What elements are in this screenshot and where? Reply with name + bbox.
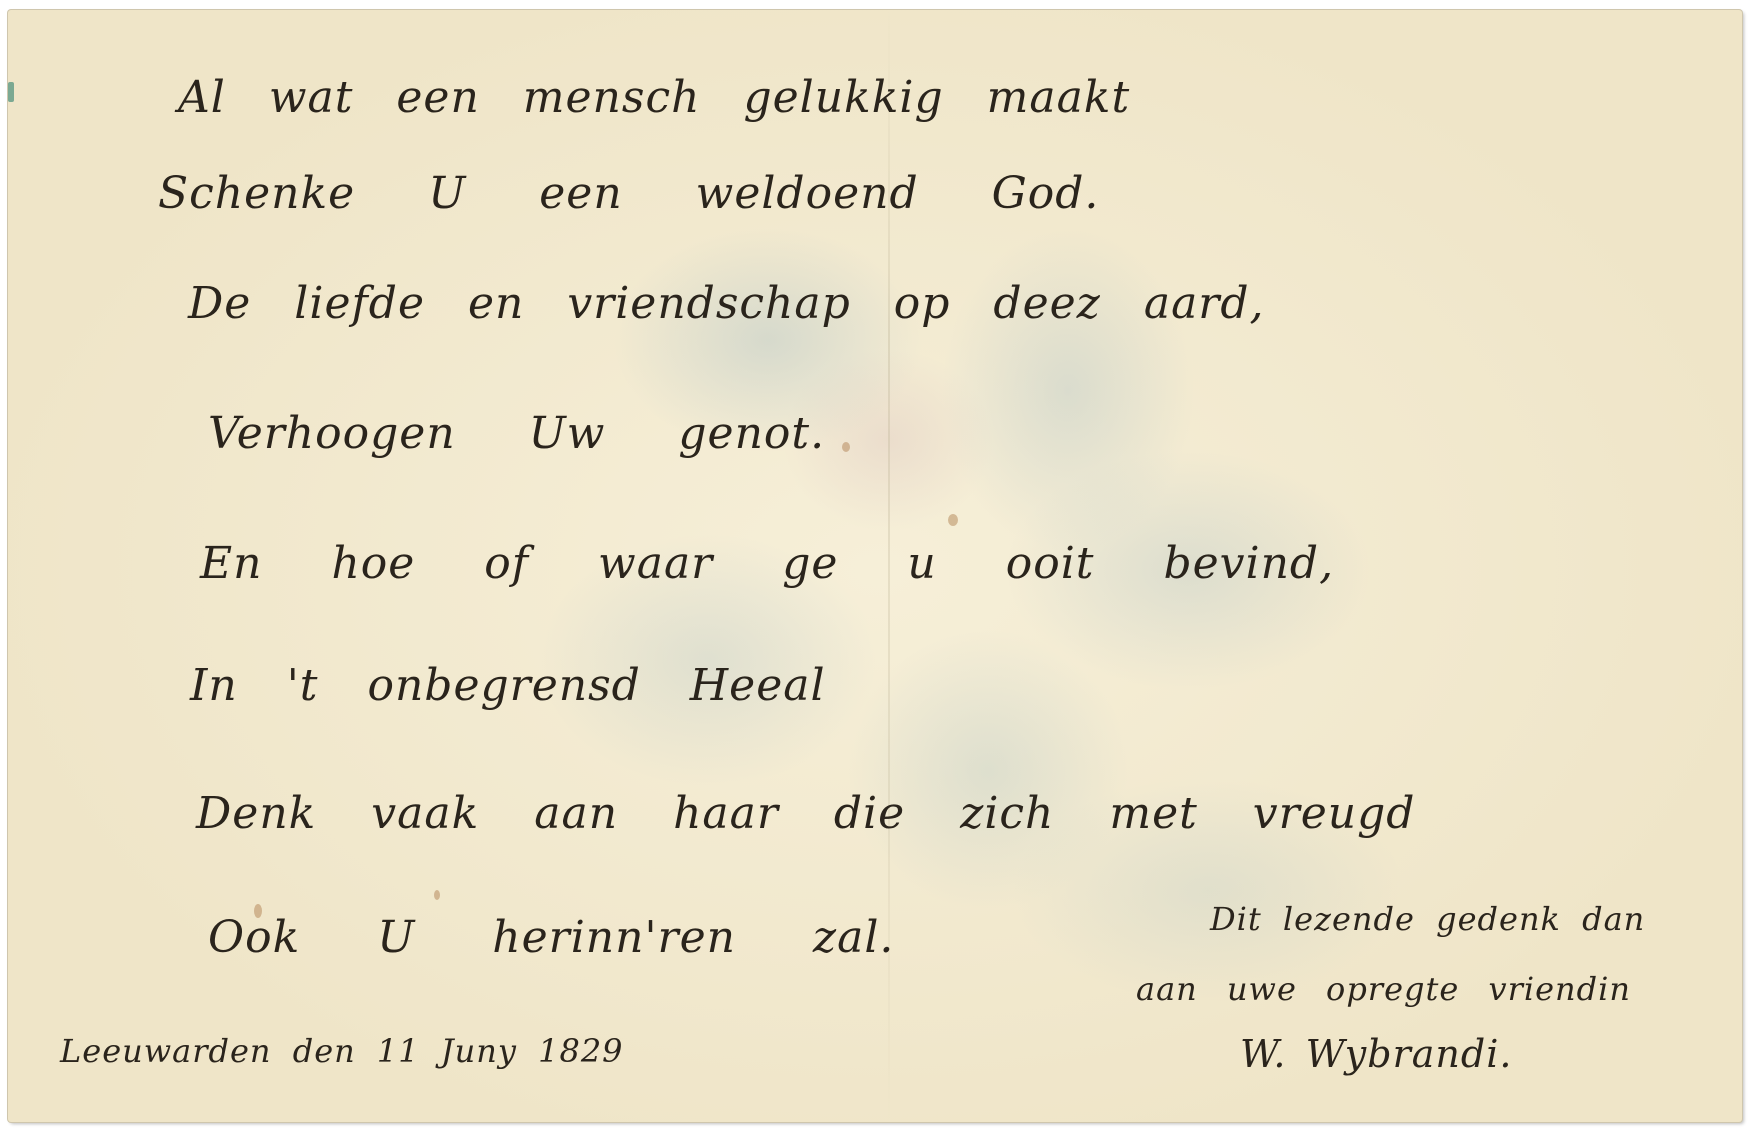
poem-line-7: Denk vaak aan haar die zich met vreugd xyxy=(196,788,1415,839)
poem-line-2: Schenke U een weldoend God. xyxy=(158,168,1099,219)
place-and-date: Leeuwarden den 11 Juny 1829 xyxy=(60,1032,624,1070)
foxing-spot xyxy=(842,442,850,452)
poem-line-1: Al wat een mensch gelukkig maakt xyxy=(178,72,1130,123)
signature: W. Wybrandi. xyxy=(1240,1032,1512,1076)
dedication-line-1: Dit lezende gedenk dan xyxy=(1210,900,1645,938)
foxing-spot xyxy=(434,890,440,900)
green-edge-stain xyxy=(8,82,14,102)
poem-line-5: En hoe of waar ge u ooit bevind, xyxy=(200,538,1334,589)
poem-line-8: Ook U herinn'ren zal. xyxy=(208,912,894,963)
dedication-line-2: aan uwe opregte vriendin xyxy=(1136,970,1631,1008)
poem-line-3: De liefde en vriendschap op deez aard, xyxy=(188,278,1264,329)
foxing-spot xyxy=(948,514,958,526)
poem-line-4: Verhoogen Uw genot. xyxy=(208,408,825,459)
poem-line-6: In 't onbegrensd Heeal xyxy=(190,660,826,711)
album-page: Al wat een mensch gelukkig maakt Schenke… xyxy=(8,10,1742,1122)
